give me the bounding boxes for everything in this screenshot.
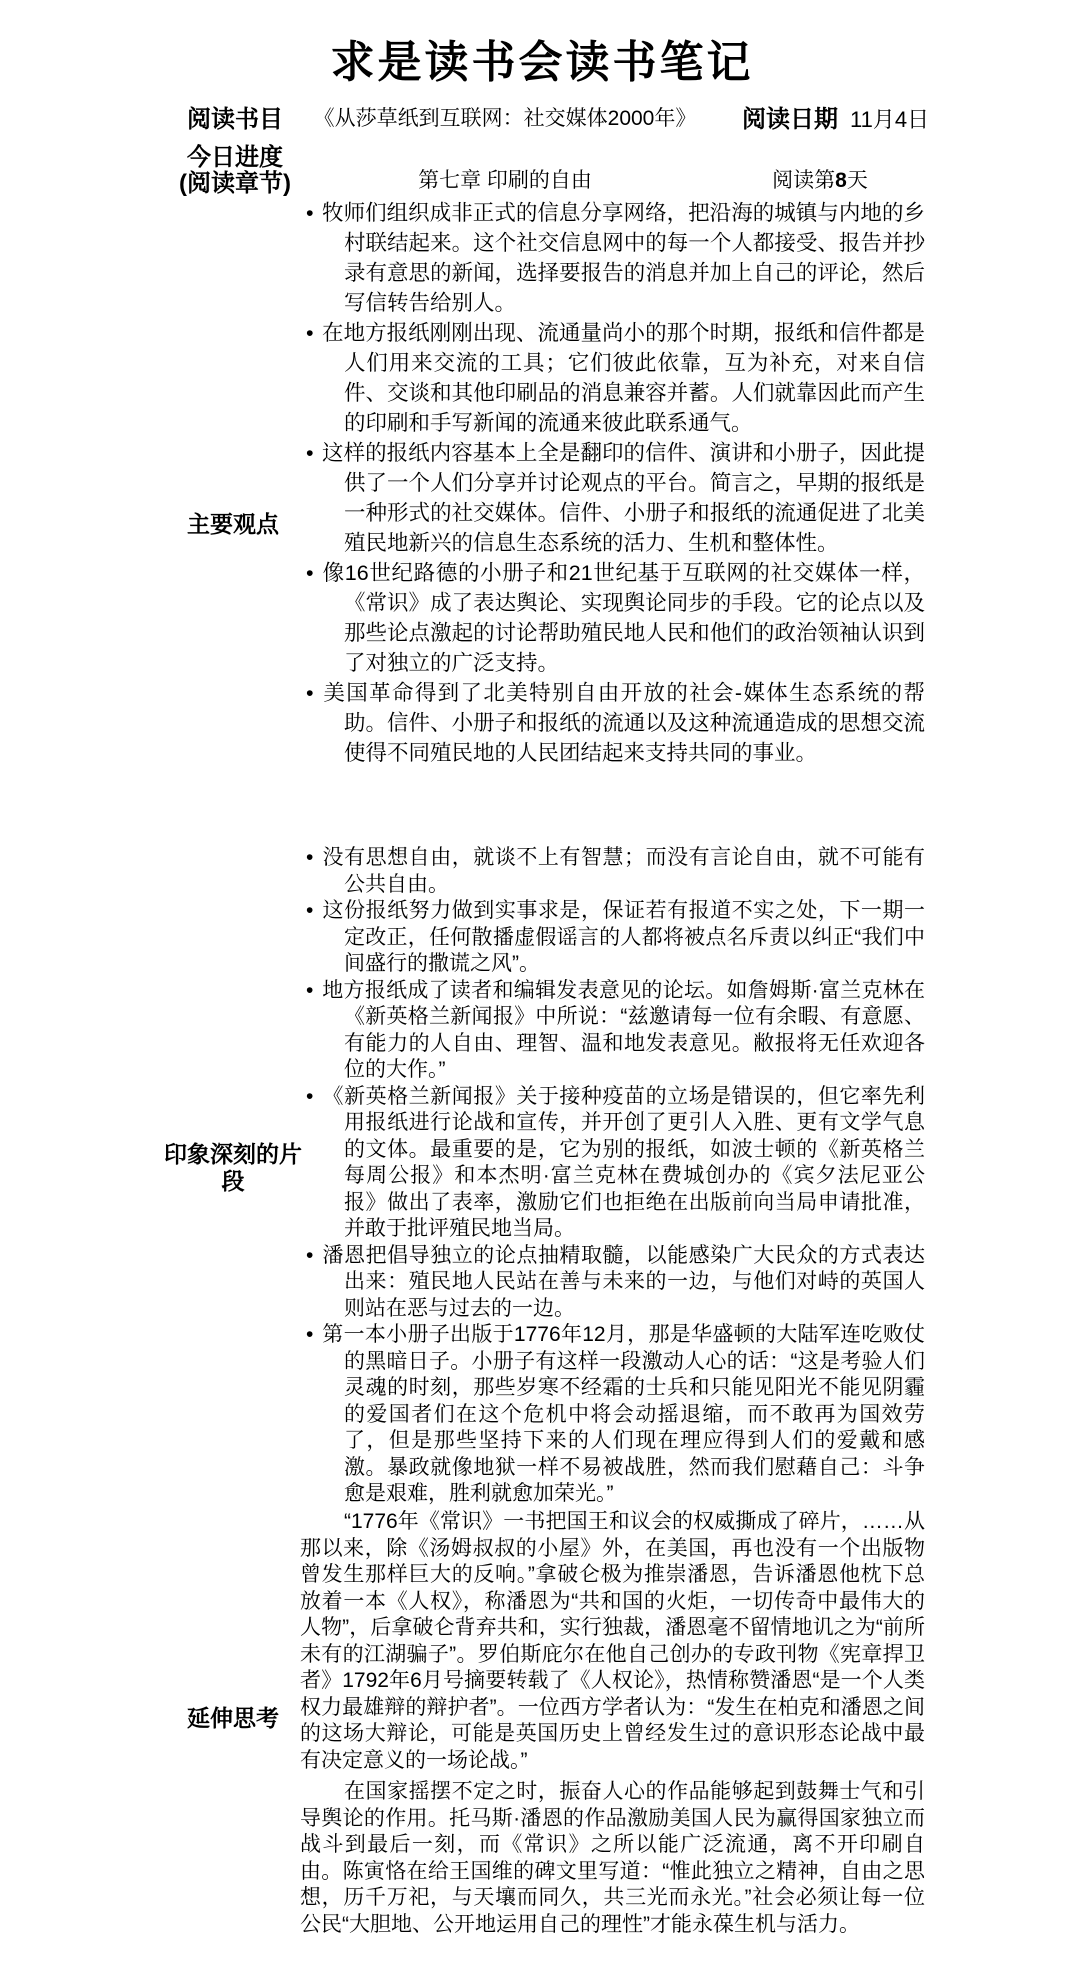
main-point-item: 这样的报纸内容基本上全是翻印的信件、演讲和小册子，因此提供了一个人们分享并讨论观…: [300, 438, 925, 558]
bullet-text: 这份报纸努力做到实事求是，保证若有报道不实之处，下一期一定改正，任何散播虚假谣言…: [322, 899, 925, 975]
main-point-item: 像16世纪路德的小册子和21世纪基于互联网的社交媒体一样，《常识》成了表达舆论、…: [300, 558, 925, 678]
date-field-label: 阅读日期: [742, 106, 838, 133]
day-counter-prefix: 阅读第: [772, 169, 835, 192]
reading-notes-document: 求是读书会读书笔记 阅读书目 《从莎草纸到互联网：社交媒体2000年》 阅读日期…: [0, 0, 1084, 1969]
impressive-passage-item: 没有思想自由，就谈不上有智慧；而没有言论自由，就不可能有公共自由。: [300, 845, 925, 898]
extended-thinking-paragraphs: “1776年《常识》一书把国王和议会的权威撕成了碎片，……从那以来，除《汤姆叔叔…: [300, 1509, 925, 1938]
section-label-extended-thinking: 延伸思考: [152, 1705, 314, 1732]
impressive-passage-item: 潘恩把倡导独立的论点抽精取髓，以能感染广大民众的方式表达出来：殖民地人民站在善与…: [300, 1243, 925, 1323]
chapter-title: 第七章 印刷的自由: [255, 164, 755, 194]
section-label-main-points: 主要观点: [152, 511, 314, 538]
bullet-text: 没有思想自由，就谈不上有智慧；而没有言论自由，就不可能有公共自由。: [322, 846, 925, 896]
extended-thinking-paragraph: “1776年《常识》一书把国王和议会的权威撕成了碎片，……从那以来，除《汤姆叔叔…: [300, 1509, 925, 1774]
bullet-text: 美国革命得到了北美特别自由开放的社会-媒体生态系统的帮助。信件、小册子和报纸的流…: [322, 681, 925, 765]
bullet-text: 第一本小册子出版于1776年12月，那是华盛顿的大陆军连吃败仗的黑暗日子。小册子…: [322, 1323, 925, 1505]
bullet-text: 牧师们组织成非正式的信息分享网络，把沿海的城镇与内地的乡村联结起来。这个社交信息…: [322, 201, 925, 315]
bullet-text: 在地方报纸刚刚出现、流通量尚小的那个时期，报纸和信件都是人们用来交流的工具；它们…: [322, 321, 925, 435]
date-value: 11月4日: [850, 107, 929, 132]
section-label-impressive-passages: 印象深刻的片段: [158, 1141, 308, 1195]
extended-thinking-paragraph: 在国家摇摆不定之时，振奋人心的作品能够起到鼓舞士气和引导舆论的作用。托马斯·潘恩…: [300, 1779, 925, 1938]
impressive-passages-list: 没有思想自由，就谈不上有智慧；而没有言论自由，就不可能有公共自由。 这份报纸努力…: [300, 845, 925, 1508]
bullet-text: 这样的报纸内容基本上全是翻印的信件、演讲和小册子，因此提供了一个人们分享并讨论观…: [322, 441, 925, 555]
page-title: 求是读书会读书笔记: [0, 26, 1084, 90]
main-point-item: 在地方报纸刚刚出现、流通量尚小的那个时期，报纸和信件都是人们用来交流的工具；它们…: [300, 318, 925, 438]
impressive-passage-item: 第一本小册子出版于1776年12月，那是华盛顿的大陆军连吃败仗的黑暗日子。小册子…: [300, 1322, 925, 1508]
bullet-text: 地方报纸成了读者和编辑发表意见的论坛。如詹姆斯·富兰克林在《新英格兰新闻报》中所…: [322, 979, 925, 1082]
bullet-text: 潘恩把倡导独立的论点抽精取髓，以能感染广大民众的方式表达出来：殖民地人民站在善与…: [322, 1244, 925, 1320]
impressive-passage-item: 地方报纸成了读者和编辑发表意见的论坛。如詹姆斯·富兰克林在《新英格兰新闻报》中所…: [300, 978, 925, 1084]
bullet-text: 像16世纪路德的小册子和21世纪基于互联网的社交媒体一样，《常识》成了表达舆论、…: [322, 561, 925, 675]
day-counter-number: 8: [835, 169, 847, 192]
main-points-list: 牧师们组织成非正式的信息分享网络，把沿海的城镇与内地的乡村联结起来。这个社交信息…: [300, 198, 925, 768]
day-counter: 阅读第8天: [730, 164, 910, 194]
day-counter-suffix: 天: [847, 169, 868, 192]
bullet-text: 《新英格兰新闻报》关于接种疫苗的立场是错误的，但它率先利用报纸进行论战和宣传，并…: [322, 1085, 925, 1241]
main-point-item: 牧师们组织成非正式的信息分享网络，把沿海的城镇与内地的乡村联结起来。这个社交信息…: [300, 198, 925, 318]
impressive-passage-item: 这份报纸努力做到实事求是，保证若有报道不实之处，下一期一定改正，任何散播虚假谣言…: [300, 898, 925, 978]
book-title: 《从莎草纸到互联网：社交媒体2000年》: [255, 102, 755, 132]
main-point-item: 美国革命得到了北美特别自由开放的社会-媒体生态系统的帮助。信件、小册子和报纸的流…: [300, 678, 925, 768]
impressive-passage-item: 《新英格兰新闻报》关于接种疫苗的立场是错误的，但它率先利用报纸进行论战和宣传，并…: [300, 1084, 925, 1243]
reading-date-row: 阅读日期11月4日: [742, 99, 929, 134]
